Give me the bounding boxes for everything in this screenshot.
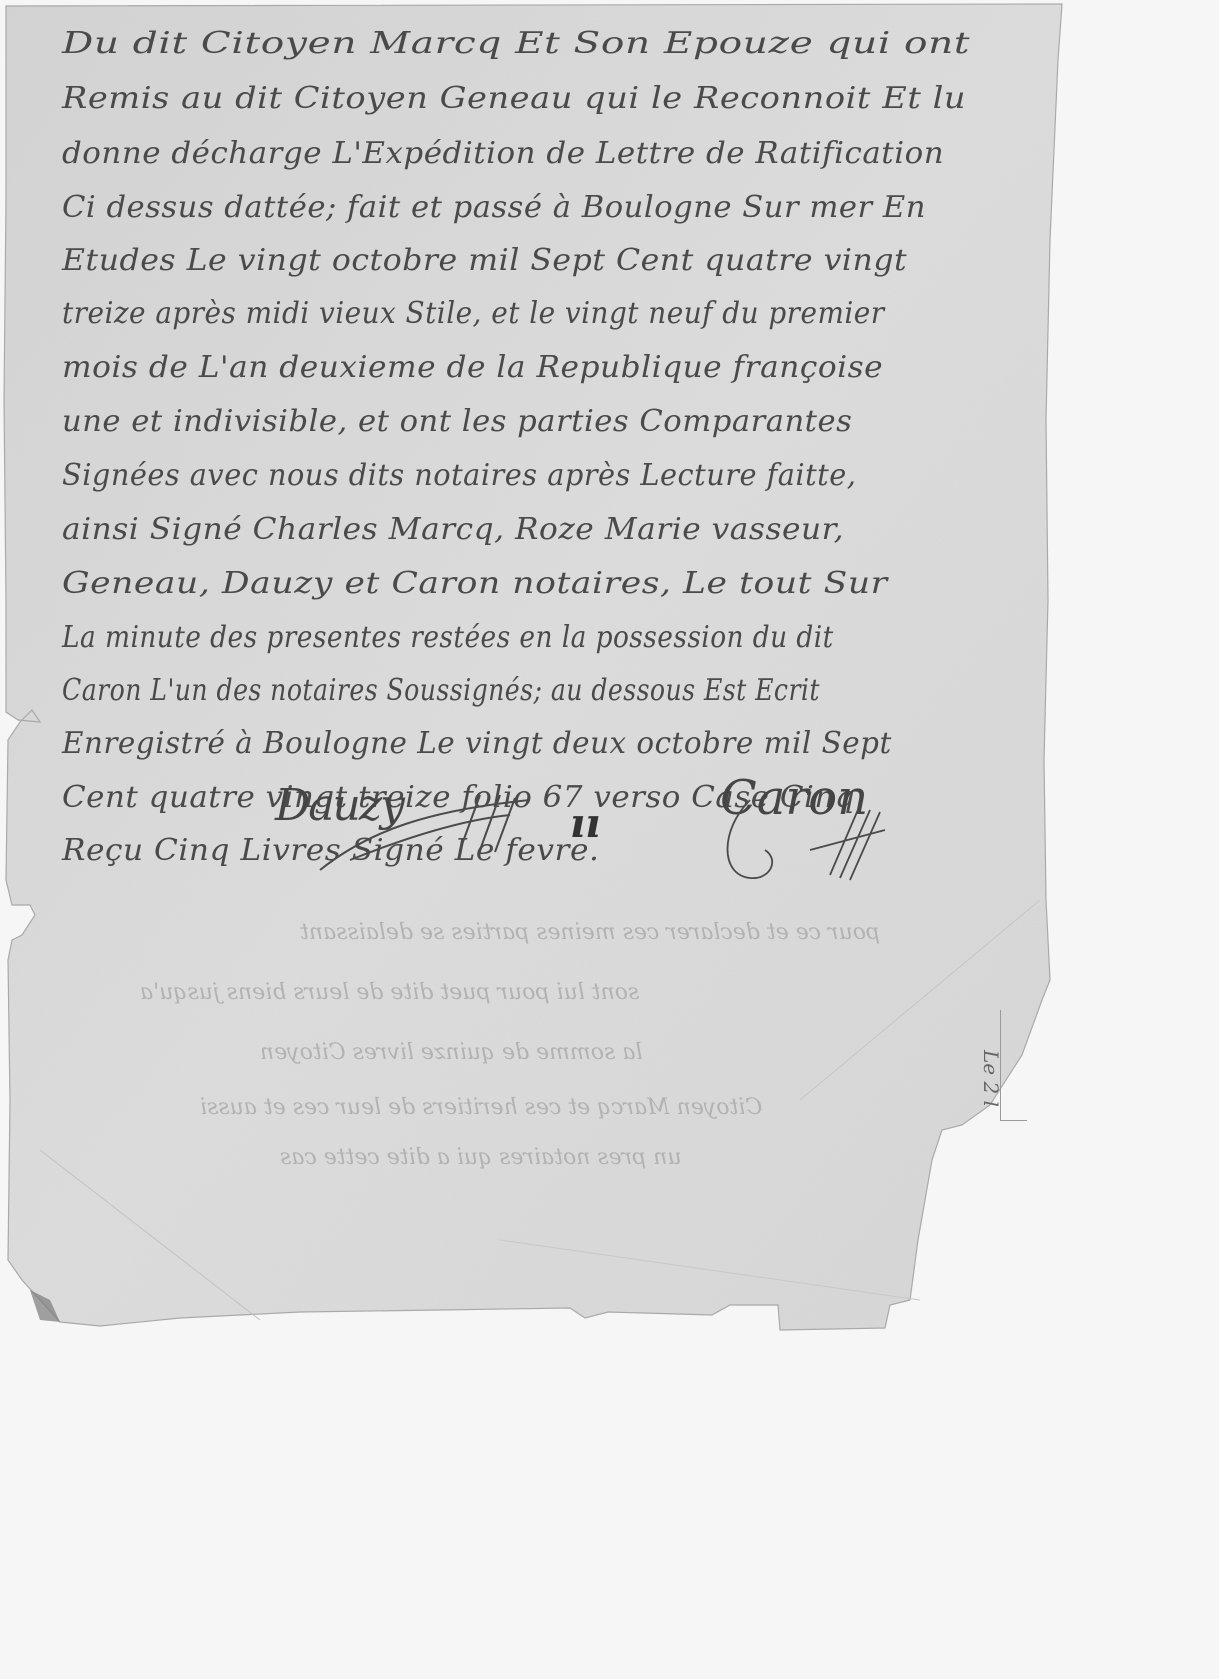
manuscript-line: Etudes Le vingt octobre mil Sept Cent qu… — [62, 243, 907, 278]
manuscript-line: ainsi Signé Charles Marcq, Roze Marie va… — [62, 512, 844, 547]
manuscript-line: Ci dessus dattée; fait et passé à Boulog… — [62, 190, 926, 225]
manuscript-line: Du dit Citoyen Marcq Et Son Epouze qui o… — [62, 26, 970, 61]
bleed-line: pour ce et declarer ces meines parties s… — [300, 920, 880, 945]
manuscript-line: Caron L'un des notaires Soussignés; au d… — [62, 673, 820, 708]
manuscript-line: La minute des presentes restées en la po… — [62, 620, 834, 655]
manuscript-line: donne décharge L'Expédition de Lettre de… — [62, 136, 944, 171]
manuscript-line: Geneau, Dauzy et Caron notaires, Le tout… — [62, 566, 888, 601]
signature-block: Dauzy ıı Caron — [250, 770, 910, 880]
bleed-through-text: pour ce et declarer ces meines parties s… — [80, 900, 960, 1170]
manuscript-line: mois de L'an deuxieme de la Republique f… — [62, 350, 883, 385]
bleed-line: un pres notaires qui a dite cette cas — [280, 1145, 682, 1170]
manuscript-line: Signées avec nous dits notaires après Le… — [62, 458, 856, 493]
bleed-line: sont lui pour puet dite de leurs biens j… — [140, 980, 639, 1005]
bleed-line: Citoyen Marcq et ces heritiers de leur c… — [200, 1095, 762, 1120]
manuscript-line: treize après midi vieux Stile, et le vin… — [62, 296, 885, 331]
signature-flourish-icon — [310, 790, 550, 880]
caron-paraph-icon — [710, 790, 910, 885]
bleed-line: la somme de quinze livres Citoyen — [260, 1040, 642, 1065]
manuscript-line: une et indivisible, et ont les parties C… — [62, 404, 852, 439]
margin-note-text: Le 2 l — [979, 1050, 1003, 1107]
margin-note: Le 2 l — [1000, 1010, 1027, 1121]
signature-mark: ıı — [570, 800, 600, 847]
manuscript-line: Remis au dit Citoyen Geneau qui le Recon… — [62, 81, 966, 116]
manuscript-line: Enregistré à Boulogne Le vingt deux octo… — [62, 726, 892, 761]
